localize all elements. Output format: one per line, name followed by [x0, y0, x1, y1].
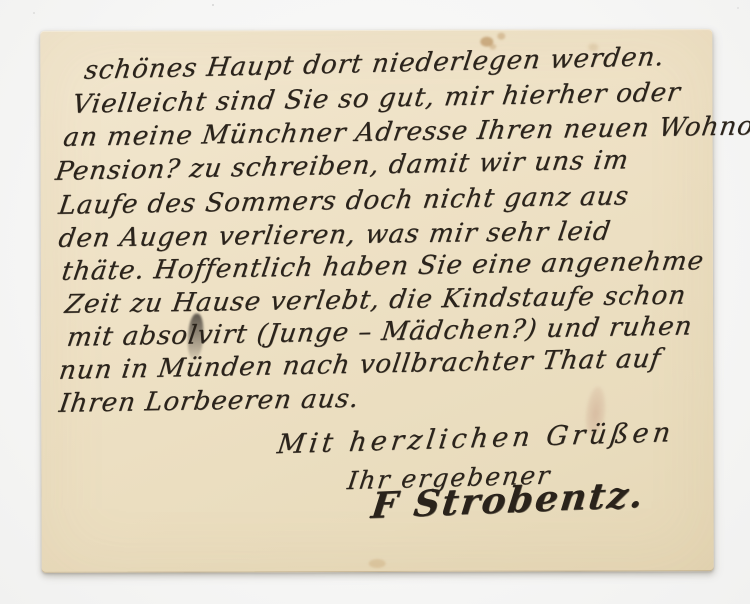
dust-speck — [33, 12, 35, 14]
letter-card: schönes Haupt dort niederlegen werden. V… — [40, 29, 713, 573]
scanner-background: schönes Haupt dort niederlegen werden. V… — [0, 0, 750, 604]
dust-speck — [212, 4, 214, 6]
handwriting-line: Pension? zu schreiben, damit wir uns im — [54, 145, 631, 186]
dust-speck — [737, 7, 739, 9]
handwriting-line: Laufe des Sommers doch nicht ganz aus — [57, 181, 631, 220]
handwriting-line: Ihren Lorbeeren aus. — [57, 384, 361, 419]
foxing-stain — [497, 33, 505, 40]
closing-line: Mit herzlichen Grüßen — [275, 417, 676, 460]
foxing-stain — [369, 559, 386, 568]
